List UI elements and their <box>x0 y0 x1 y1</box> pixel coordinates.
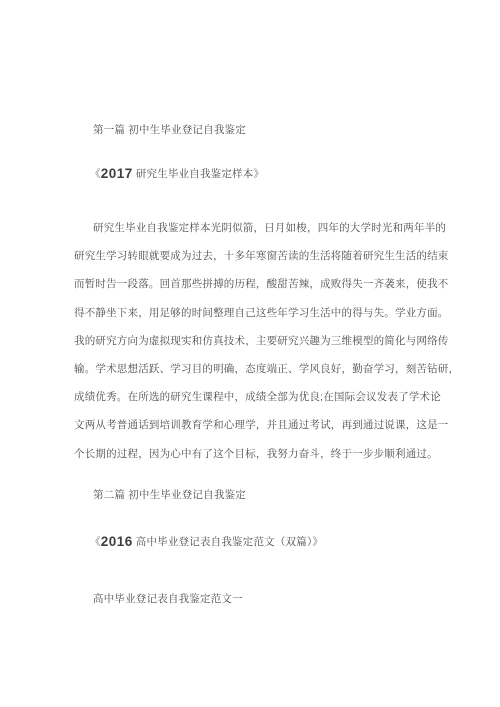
document-page: 第一篇 初中生毕业登记自我鉴定 《2017研究生毕业自我鉴定样本》 研究生毕业自… <box>0 0 500 707</box>
title-year-2016: 2016 <box>101 534 133 549</box>
paragraph-line: 输。学术思想活跃、学习目的明确，态度端正、学风良好，勤奋学习，刻苦钻研， <box>74 355 440 383</box>
paragraph-line: 而暂时告一段落。回首那些拼搏的历程，酸甜苦辣，成败得失一齐袭来，使我不 <box>74 270 440 298</box>
section1-paragraph: 研究生毕业自我鉴定样本光阴似箭，日月如梭，四年的大学时光和两年半的研究生学习转眼… <box>74 214 440 468</box>
title-rest-text: 高中毕业登记表自我鉴定范文（双篇）》 <box>136 536 323 548</box>
section1-book-title: 《2017研究生毕业自我鉴定样本》 <box>90 166 264 181</box>
paragraph-line: 我的研究方向为虚拟现实和仿真技术，主要研究兴趣为三维模型的简化与网络传 <box>74 327 440 355</box>
section2-book-title: 《2016高中毕业登记表自我鉴定范文（双篇）》 <box>90 534 323 549</box>
title-open-bracket: 《 <box>90 168 101 180</box>
paragraph-line: 得不静坐下来，用足够的时间整理自己这些年学习生活中的得与失。学业方面。 <box>74 299 440 327</box>
title-open-bracket: 《 <box>90 536 101 548</box>
title-rest-text: 研究生毕业自我鉴定样本》 <box>136 168 264 180</box>
paragraph-line: 成绩优秀。在所选的研究生课程中，成绩全部为优良;在国际会议发表了学术论 <box>74 383 440 411</box>
paragraph-line: 研究生学习转眼就要成为过去，十多年寒窗苦读的生活将随着研究生生活的结束 <box>74 242 440 270</box>
section1-heading: 第一篇 初中生毕业登记自我鉴定 <box>93 122 246 137</box>
section2-subheading: 高中毕业登记表自我鉴定范文一 <box>93 591 243 606</box>
section2-heading: 第二篇 初中生毕业登记自我鉴定 <box>93 487 246 502</box>
paragraph-line: 研究生毕业自我鉴定样本光阴似箭，日月如梭，四年的大学时光和两年半的 <box>74 214 440 242</box>
title-year-2017: 2017 <box>101 166 133 181</box>
paragraph-line: 个长期的过程，因为心中有了这个目标，我努力奋斗，终于一步步顺利通过。 <box>74 440 440 468</box>
paragraph-line: 文两从考普通话到培训教育学和心理学，并且通过考试，再到通过说课，这是一 <box>74 411 440 439</box>
